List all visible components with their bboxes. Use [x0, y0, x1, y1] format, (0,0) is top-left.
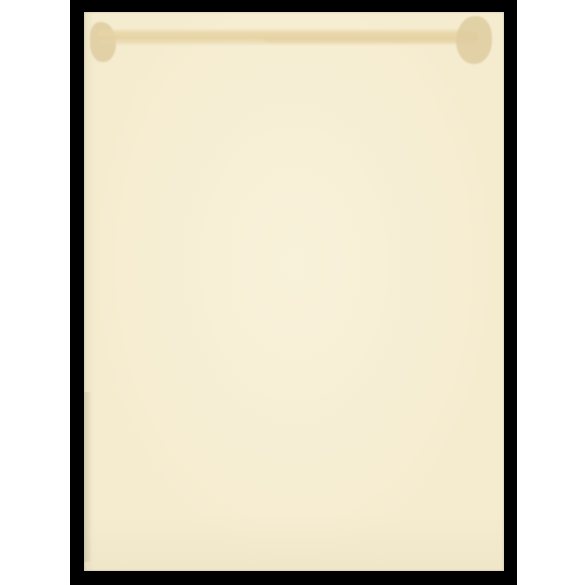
tape-residue-right [456, 16, 492, 64]
photo-stage [0, 0, 585, 585]
tape-residue-strip-thin [264, 34, 464, 44]
blank-card-back [84, 12, 504, 571]
edge-wear [84, 392, 92, 562]
